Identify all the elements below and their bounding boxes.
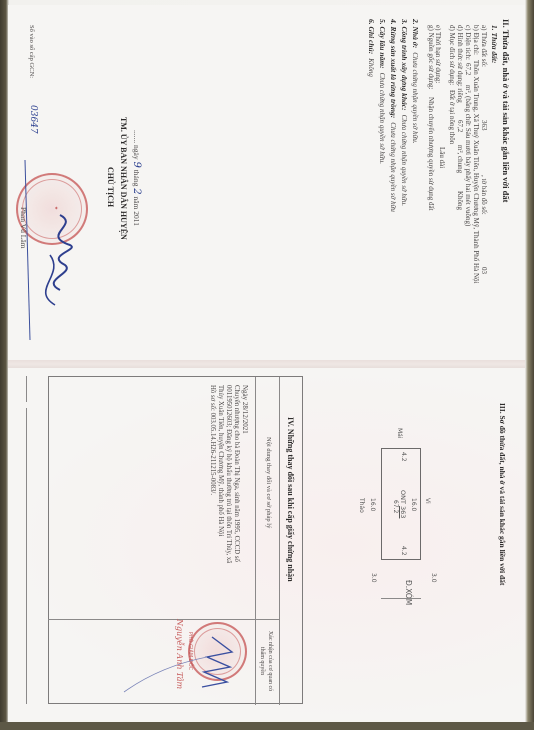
sketch-label-east: Vi	[424, 498, 431, 504]
area-label: c) Diện tích:	[464, 25, 472, 60]
col-confirm-header: Xác nhận của cơ quan có thẩm quyền	[258, 629, 274, 693]
sketch-label-west: Thảo	[358, 498, 365, 513]
purpose-value: Đất ở tại nông thôn	[448, 90, 456, 144]
signing-date: ....... ngày 9 tháng 2 năm 2011	[131, 130, 142, 226]
map-sheet-value: 03	[480, 267, 488, 274]
signature	[10, 155, 100, 345]
area-value: 67,2	[464, 63, 472, 75]
serial-value: 03647	[28, 105, 38, 134]
use-form-value: 67,2	[456, 120, 464, 132]
sketch-parcel-label: ONT 363	[399, 490, 407, 518]
change-entry-line-2: 001195012603; Đăng ký hộ khẩu thường trú…	[225, 385, 232, 563]
term-label: e) Thời hạn sử dụng:	[434, 25, 442, 83]
term-value: Lâu dài	[438, 147, 446, 168]
use-form-label: d) Hình thức sử dụng: riêng	[456, 25, 464, 103]
section4-title: IV. Những thay đổi sau khi cấp giấy chứn…	[286, 417, 295, 582]
sketch-road: Đ.XÓM	[404, 580, 413, 605]
page-section-3-4: III. Sơ đồ thửa đất, nhà ở và tài sản kh…	[8, 368, 525, 723]
signer-name: Phan Vũ Lâm	[19, 207, 28, 249]
use-form-unit: m², chung	[456, 145, 464, 173]
sketch-side-right: 16.0	[410, 498, 417, 511]
changes-table: IV. Những thay đổi sau khi cấp giấy chứn…	[48, 376, 303, 704]
address-label: b) Địa chỉ:	[472, 25, 480, 55]
signing-title: CHỦ TỊCH	[106, 167, 115, 207]
change-entry-date: Ngày 28/12/2021	[241, 385, 249, 434]
road-line	[381, 598, 421, 599]
page-fold	[8, 360, 525, 368]
section2-title: II. Thửa đất, nhà ở và tài sản khác gắn …	[501, 19, 511, 202]
use-form-shared: Không	[456, 191, 464, 210]
origin-label: g) Nguồn gốc sử dụng:	[427, 25, 435, 89]
sketch-road-right: 3.0	[430, 573, 437, 583]
page-section-2: II. Thửa đất, nhà ở và tài sản khác gắn …	[8, 5, 525, 360]
sketch-side-left: 16.0	[369, 498, 376, 511]
serial-label: Số vào sổ cấp GCN:	[28, 25, 35, 78]
parcel-number-value: 363	[480, 120, 488, 131]
col-content-header: Nội dung thay đổi và cơ sở pháp lý	[265, 437, 272, 528]
sketch-label-north: Mái	[396, 428, 403, 439]
sketch-road-left: 3.0	[370, 573, 377, 583]
area-unit: m², (bằng chữ: Sáu mươi bảy phẩy hai mét…	[464, 85, 472, 226]
item-notes: 6. Ghi chú: Không	[364, 19, 382, 77]
booklet-edge	[0, 722, 534, 730]
land-heading: 1. Thửa đất:	[490, 25, 499, 63]
change-entry-line-3: Thủy Xuân Tiên, huyện Chương Mỹ, thành p…	[217, 385, 224, 536]
change-entry-line-1: Chuyển nhượng cho bà Đoàn Thị Nga, sinh …	[233, 385, 240, 562]
parcel-number-label: a) Thửa đất số:	[480, 25, 488, 67]
section3-title: III. Sơ đồ thửa đất, nhà ở và tài sản kh…	[498, 403, 507, 585]
origin-value: Nhận chuyển nhượng quyền sử dụng đất	[427, 97, 435, 211]
sketch-side-bottom: 4.2	[400, 546, 407, 556]
purpose-label: đ) Mục đích sử dụng:	[448, 25, 456, 85]
change-entry-line-4: Hồ sơ số: 003.05.14.H26-211215-0083/.	[209, 385, 216, 495]
address-value: Thôn Xuân Trung, Xã Thuỷ Xuân Tiên, Huyệ…	[472, 60, 480, 283]
sketch-side-top: 4.2	[400, 452, 407, 462]
change-signer-name: Nguyễn Anh Tâm	[175, 619, 184, 689]
sketch-area: 67.2	[392, 500, 399, 513]
map-sheet-label: , tờ bản đồ số:	[480, 175, 488, 215]
signing-org: TM. ỦY BAN NHÂN DÂN HUYỆN	[119, 117, 128, 240]
